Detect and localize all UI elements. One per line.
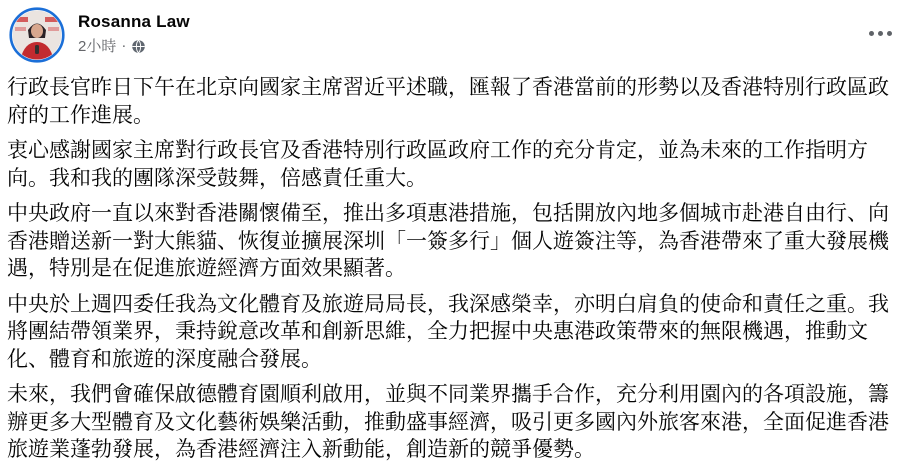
more-options-button[interactable] (862, 17, 898, 49)
post-header: Rosanna Law 2小時 · (0, 0, 907, 72)
author-name[interactable]: Rosanna Law (78, 12, 190, 32)
more-options-icon (869, 31, 892, 36)
post-paragraph: 未來，我們會確保啟德體育園順利啟用，並與不同業界攜手合作，充分利用園內的各項設施… (7, 381, 900, 464)
avatar[interactable] (8, 6, 66, 64)
timestamp-label: 2小時 (78, 35, 116, 56)
post-body: 行政長官昨日下午在北京向國家主席習近平述職，匯報了香港當前的形勢以及香港特別行政… (0, 72, 907, 464)
post-timestamp[interactable]: 2小時 · (78, 35, 146, 56)
avatar-image (8, 52, 66, 67)
post-paragraph: 衷心感謝國家主席對行政長官及香港特別行政區政府工作的充分肯定，並為未來的工作指明… (7, 137, 900, 192)
facebook-post: Rosanna Law 2小時 · 行政長官昨日下午在北京向國家主席習近平述職，… (0, 0, 907, 470)
post-paragraph: 中央政府一直以來對香港關懷備至，推出多項惠港措施，包括開放內地多個城市赴港自由行… (7, 200, 900, 283)
meta-separator: · (121, 37, 126, 54)
post-paragraph: 行政長官昨日下午在北京向國家主席習近平述職，匯報了香港當前的形勢以及香港特別行政… (7, 74, 900, 129)
avatar-photo-icon (8, 6, 66, 64)
post-paragraph: 中央於上週四委任我為文化體育及旅遊局局長，我深感榮幸，亦明白肩負的使命和責任之重… (7, 291, 900, 374)
globe-icon (131, 39, 146, 54)
